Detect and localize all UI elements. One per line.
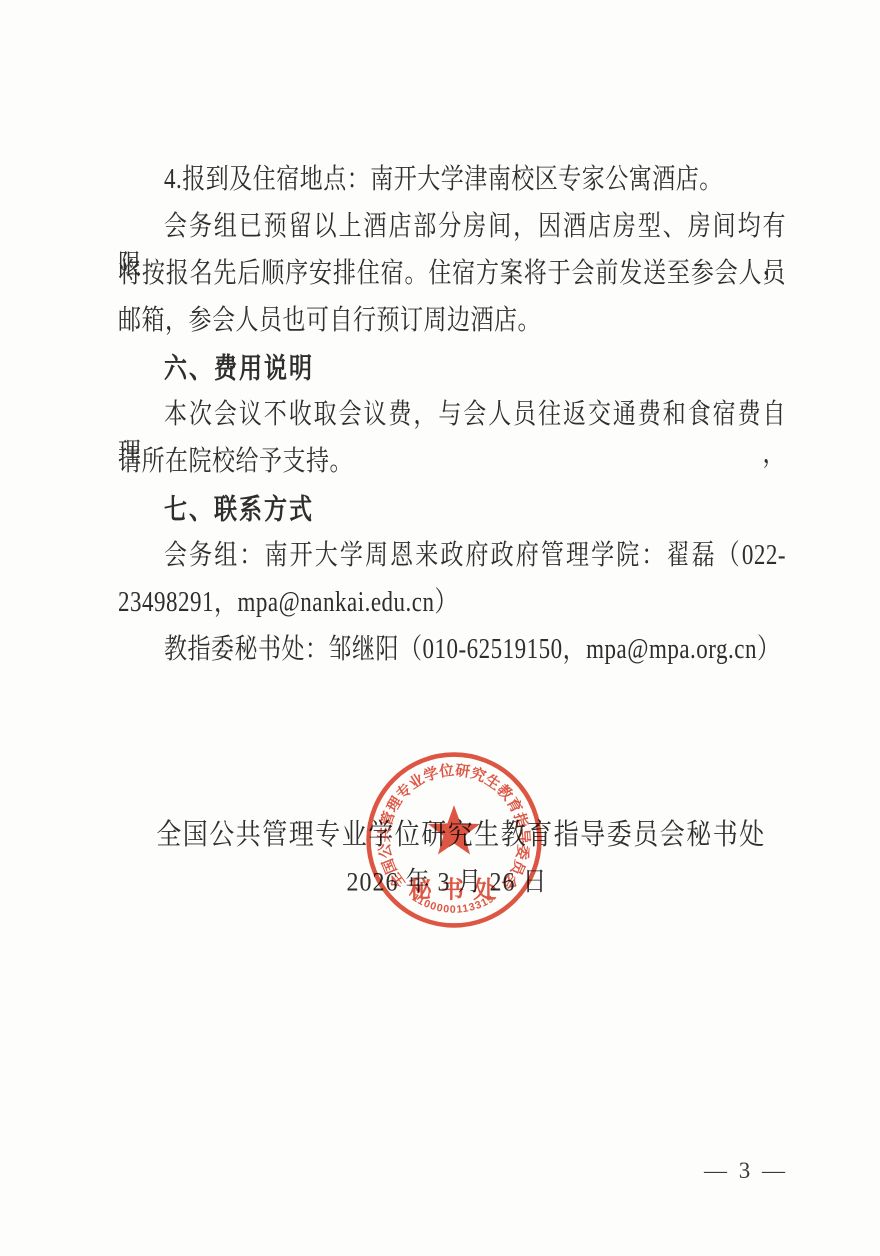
paragraph-line: 教指委秘书处：邹继阳（010-62519150，mpa@mpa.org.cn） — [118, 630, 786, 687]
official-seal: 全国公共管理专业学位研究生教育指导委员会 秘书处 1100000113319 — [363, 749, 545, 931]
document-page: 4.报到及住宿地点：南开大学津南校区专家公寓酒店。 会务组已预留以上酒店部分房间… — [0, 0, 880, 1256]
seal-star-icon — [428, 805, 480, 854]
page-number: — 3 — — [704, 1158, 788, 1184]
body-text: 4.报到及住宿地点：南开大学津南校区专家公寓酒店。 会务组已预留以上酒店部分房间… — [118, 160, 786, 677]
